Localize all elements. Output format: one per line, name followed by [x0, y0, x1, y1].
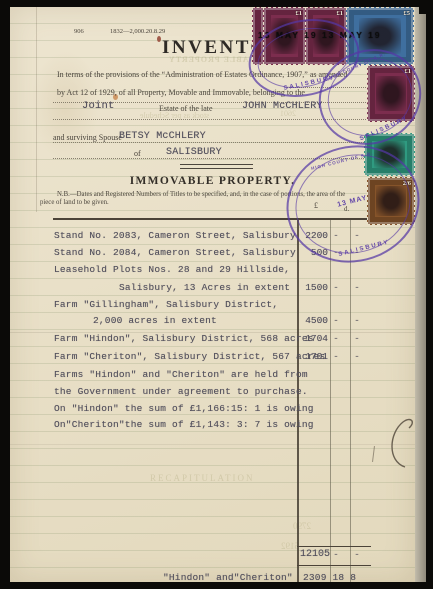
total-shillings: - [331, 549, 341, 560]
horizontal-fold-2 [10, 444, 415, 445]
table-row: Stand No. 2084, Cameron Street, Salisbur… [54, 247, 296, 258]
amount-pence: - [351, 282, 363, 293]
amount-pence: - [351, 351, 363, 362]
estate-type-value: Joint [82, 100, 115, 112]
spouse-label: and surviving Spouse [53, 133, 122, 142]
table-row: On"Cheriton"the sum of £1,143: 3: 7 is o… [54, 419, 314, 430]
amount-shillings: - [331, 282, 341, 293]
shillings-column-rule [330, 220, 331, 582]
amount-shillings: - [331, 315, 341, 326]
form-number: 906 [74, 28, 84, 35]
double-rule [180, 164, 253, 169]
table-row: Farms "Hindon" and "Cheriton" are held f… [54, 369, 308, 380]
amount-pence: - [351, 333, 363, 344]
frame-left [0, 0, 10, 589]
ink-speck [157, 36, 161, 42]
stamp-denomination: £1 [296, 10, 303, 17]
total-rule-top [297, 546, 371, 547]
document-photo: IMMOVABLE PROPERTY stock as per Schedule… [0, 0, 433, 589]
total-pence: - [351, 549, 363, 560]
table-row: Farm "Cheriton", Salisbury District, 567… [54, 351, 325, 362]
stamp-denomination: £5 [404, 10, 411, 17]
stamp-denomination: £1 [337, 10, 344, 17]
table-row: Farm "Hindon", Salisbury District, 568 a… [54, 333, 314, 344]
amount-pence: - [351, 315, 363, 326]
table-row: 2,000 acres in extent [93, 315, 217, 326]
ghost-text: 2790 [293, 521, 311, 531]
table-row: the Government under agreement to purcha… [54, 386, 308, 397]
table-row: Salisbury, 13 Acres in extent [119, 282, 290, 293]
frame-right [426, 0, 433, 589]
of-label: of [134, 149, 141, 158]
total-pounds: 12105 [299, 549, 330, 560]
print-code: 1832—2,000.20.8.29 [110, 28, 165, 35]
money-column-rule [297, 220, 299, 582]
amount-pounds: 1704 [299, 333, 328, 344]
pence-column-rule [350, 220, 351, 582]
spouse-name: BETSY McCHLERY [119, 131, 206, 142]
nb-note-line2: piece of land to be given. [40, 199, 109, 206]
estate-label: Estate of the late [159, 104, 213, 113]
total-rule-bottom [297, 565, 371, 566]
table-row: Stand No. 2083, Cameron Street, Salisbur… [54, 230, 296, 241]
frame-notch [419, 7, 426, 14]
amount-pounds: 1701 [299, 351, 328, 362]
amount-pounds: 4500 [299, 315, 328, 326]
table-row: Leasehold Plots Nos. 28 and 29 Hillside, [54, 264, 290, 275]
ghost-text: RECAPITULATION [150, 473, 255, 483]
table-row: Farm "Gillingham", Salisbury District, [54, 299, 278, 310]
table-row: On "Hindon" the sum of £1,166:15: 1 is o… [54, 403, 314, 414]
amount-shillings: - [331, 351, 341, 362]
deceased-name: JOHN McCHLERY [242, 101, 323, 112]
amount-shillings: - [331, 333, 341, 344]
amount-pounds: 1500 [299, 282, 328, 293]
handwritten-flourish [383, 415, 419, 471]
frame-bottom [0, 582, 433, 589]
frame-top [0, 0, 433, 7]
place-value: SALISBURY [166, 147, 222, 158]
